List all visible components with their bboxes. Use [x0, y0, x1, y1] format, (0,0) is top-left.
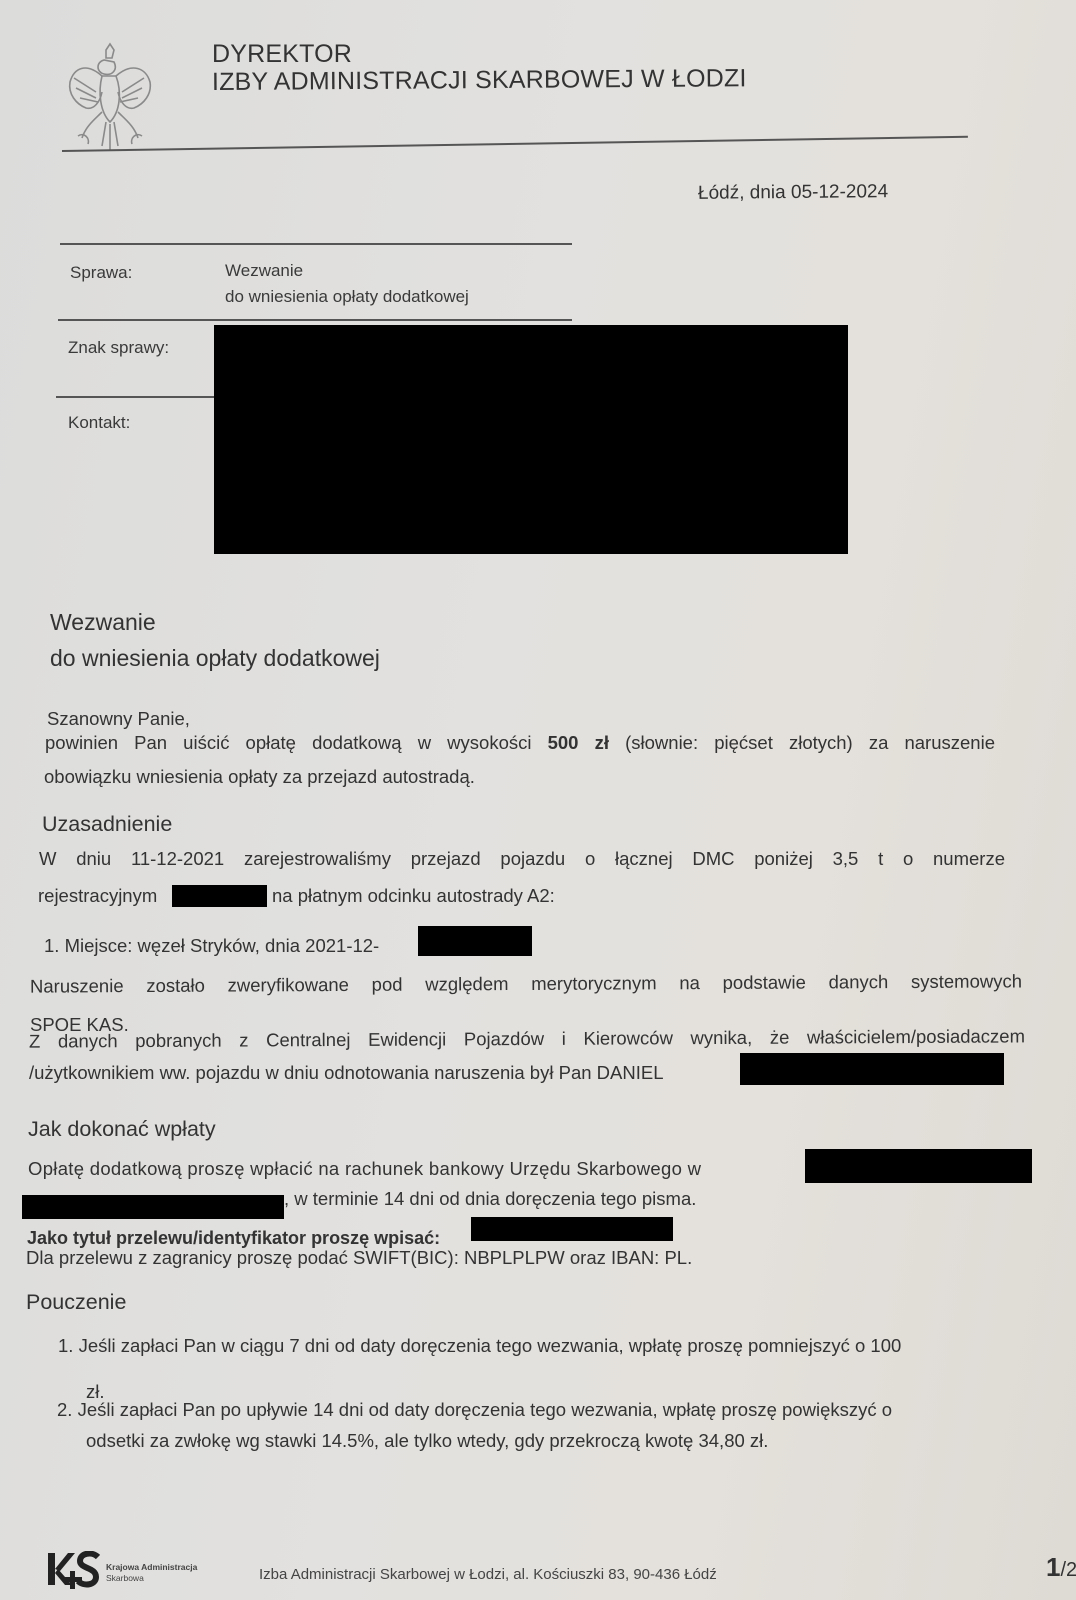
document-date: Łódź, dnia 05-12-2024	[698, 181, 888, 205]
pouczenie-item-2: 2. Jeśli zapłaci Pan po upływie 14 dni o…	[57, 1393, 1042, 1427]
meta-divider-top	[60, 243, 572, 245]
letter-title-line2: do wniesienia opłaty dodatkowej	[50, 640, 380, 676]
redacted-payment-identifier	[471, 1217, 673, 1241]
redacted-tax-office-name	[805, 1149, 1032, 1183]
intro-text-before: powinien Pan uiścić opłatę dodatkową w w…	[45, 732, 548, 753]
cepik-line2: /użytkownikiem ww. pojazdu w dniu odnoto…	[29, 1056, 663, 1090]
page-total: /2	[1060, 1559, 1076, 1581]
payment-line1: Opłatę dodatkową proszę wpłacić na rachu…	[28, 1152, 701, 1186]
letter-title-line1: Wezwanie	[50, 604, 380, 640]
uzasadnienie-line2-end: na płatnym odcinku autostrady A2:	[272, 879, 555, 913]
sprawa-label: Sprawa:	[70, 263, 132, 283]
uzasadnienie-heading: Uzasadnienie	[42, 812, 172, 837]
footer-address: Izba Administracji Skarbowej w Łodzi, al…	[259, 1566, 717, 1583]
payment-heading: Jak dokonać wpłaty	[28, 1117, 216, 1142]
uzasadnienie-line2-start: rejestracyjnym	[38, 879, 157, 913]
page-current: 1	[1046, 1552, 1060, 1582]
pouczenie-heading: Pouczenie	[26, 1290, 126, 1315]
page-number: 1/2	[1046, 1552, 1076, 1583]
meta-divider-middle	[58, 319, 572, 321]
sprawa-value-line1: Wezwanie	[225, 258, 469, 284]
znak-sprawy-label: Znak sprawy:	[68, 338, 169, 358]
kas-logo-icon	[46, 1551, 100, 1591]
redacted-bank-account	[22, 1195, 284, 1219]
location-list-item: 1. Miejsce: węzeł Stryków, dnia 2021-12-	[44, 929, 379, 963]
pouczenie-item-2-number: 2.	[57, 1399, 72, 1420]
intro-text-after: (słownie: pięćset złotych) za naruszenie	[609, 732, 995, 753]
kontakt-label: Kontakt:	[68, 413, 130, 433]
kas-logo-line1: Krajowa Administracja	[106, 1562, 197, 1573]
pouczenie-item-1-text: Jeśli zapłaci Pan w ciągu 7 dni od daty …	[79, 1335, 902, 1356]
letter-title: Wezwanie do wniesienia opłaty dodatkowej	[50, 604, 380, 676]
kas-logo-text: Krajowa Administracja Skarbowa	[106, 1562, 197, 1584]
pouczenie-item-1: 1. Jeśli zapłaci Pan w ciągu 7 dni od da…	[58, 1329, 1038, 1363]
header-title-line1: DYREKTOR	[212, 40, 352, 69]
redacted-violation-date	[418, 926, 532, 956]
pouczenie-item-2-line2: odsetki za zwłokę wg stawki 14.5%, ale t…	[86, 1424, 768, 1458]
sprawa-value-line2: do wniesienia opłaty dodatkowej	[225, 284, 469, 310]
pouczenie-item-1-number: 1.	[58, 1335, 73, 1356]
payment-line2: , w terminie 14 dni od dnia doręczenia t…	[284, 1182, 696, 1216]
intro-line2: obowiązku wniesienia opłaty za przejazd …	[44, 760, 475, 794]
kas-logo-line2: Skarbowa	[106, 1573, 197, 1584]
redacted-case-contact-block	[214, 325, 848, 554]
intro-line1: powinien Pan uiścić opłatę dodatkową w w…	[45, 726, 995, 760]
fee-amount: 500 zł	[548, 732, 609, 753]
meta-divider-lower	[56, 396, 216, 398]
swift-line: Dla przelewu z zagranicy proszę podać SW…	[26, 1241, 692, 1275]
header-divider	[62, 136, 968, 152]
sprawa-value: Wezwanie do wniesienia opłaty dodatkowej	[225, 258, 469, 310]
uzasadnienie-line1: W dniu 11-12-2021 zarejestrowaliśmy prze…	[39, 842, 1005, 876]
pouczenie-item-2-text: Jeśli zapłaci Pan po upływie 14 dni od d…	[78, 1399, 892, 1420]
verification-line1: Naruszenie zostało zweryfikowane pod wzg…	[30, 964, 1022, 1003]
header-title-line2: IZBY ADMINISTRACJI SKARBOWEJ W ŁODZI	[212, 64, 747, 97]
redacted-owner-surname	[740, 1053, 1004, 1085]
redacted-registration-number	[172, 885, 267, 907]
polish-eagle-emblem-icon	[66, 42, 152, 154]
